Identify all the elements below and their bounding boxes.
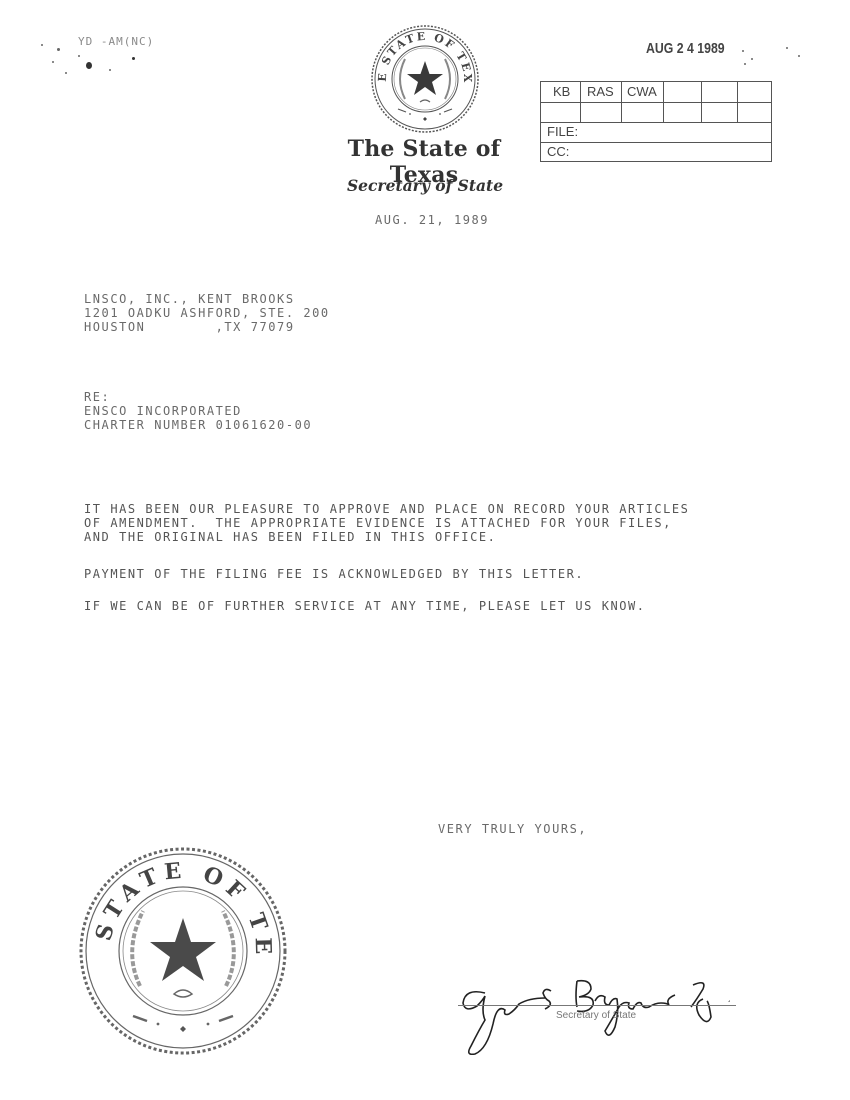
letterhead-subtitle: Secretary of State [340,176,510,195]
received-date-stamp: AUG 2 4 1989 [646,40,725,57]
body-paragraph-1-line-2: OF AMENDMENT. THE APPROPRIATE EVIDENCE I… [84,517,689,529]
reference-label: RE: [84,391,312,403]
signature-line [458,1005,736,1006]
handwritten-note: YD -AM(NC) [78,36,154,48]
reference-charter-number: CHARTER NUMBER 01061620-00 [84,419,312,431]
routing-initials-kb: KB [553,84,570,99]
body-paragraph-1-line-3: AND THE ORIGINAL HAS BEEN FILED IN THIS … [84,531,689,543]
body-paragraph-2: PAYMENT OF THE FILING FEE IS ACKNOWLEDGE… [84,568,584,580]
recipient-line-3: HOUSTON ,TX 77079 [84,321,330,333]
recipient-line-2: 1201 OADKU ASHFORD, STE. 200 [84,307,330,319]
star-icon [150,918,216,981]
texas-seal-bottom: THE STATE OF TEXAS [78,846,288,1056]
texas-seal-top: THE STATE OF TEXAS [370,24,480,134]
recipient-address: LNSCO, INC., KENT BROOKS 1201 OADKU ASHF… [84,293,330,333]
star-icon [407,61,443,95]
routing-initials-cwa: CWA [627,84,657,99]
routing-cc-label: CC: [547,144,569,159]
routing-initials-ras: RAS [587,84,614,99]
recipient-line-1: LNSCO, INC., KENT BROOKS [84,293,330,305]
letter-date: AUG. 21, 1989 [375,214,489,226]
routing-file-label: FILE: [547,124,578,139]
closing: VERY TRULY YOURS, [438,823,587,835]
reference-company: ENSCO INCORPORATED [84,405,312,417]
letter-body: IT HAS BEEN OUR PLEASURE TO APPROVE AND … [84,503,689,543]
body-paragraph-1-line-1: IT HAS BEEN OUR PLEASURE TO APPROVE AND … [84,503,689,515]
routing-box: KB RAS CWA FILE: CC: [540,81,772,162]
body-paragraph-3: IF WE CAN BE OF FURTHER SERVICE AT ANY T… [84,600,646,612]
signature-title: Secretary of State [556,1010,636,1021]
reference-block: RE: ENSCO INCORPORATED CHARTER NUMBER 01… [84,391,312,431]
